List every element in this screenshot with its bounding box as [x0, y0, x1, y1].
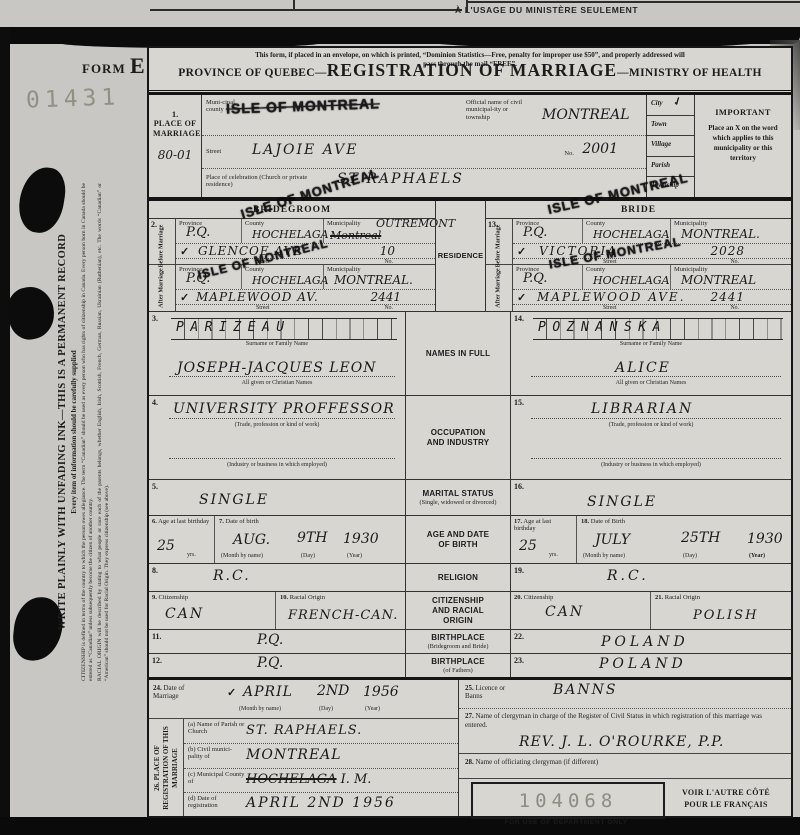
field-number: 23.	[514, 656, 524, 665]
scanned-marriage-registration: À L'USAGE DU MINISTÈRE SEULEMENT FORM E …	[0, 0, 800, 835]
industry-caption: (Industry or business in which employed)	[511, 462, 791, 469]
bride-occupation: 15. LIBRARIAN (Trade, profession or kind…	[511, 396, 791, 479]
field-number: 14.	[514, 314, 524, 323]
voir-note: VOIR L'AUTRE CÔTÉ POUR LE FRANÇAIS	[671, 787, 781, 811]
important-text: Place an X on the word which applies to …	[701, 123, 785, 164]
street-no-value: 2028	[710, 244, 745, 258]
place-of-marriage-label: PLACE OF MARRIAGE	[153, 119, 197, 140]
field-number: 25.	[465, 684, 474, 692]
birthplace-couple-section: 11. P.Q. BIRTHPLACE (Bridegroom and Brid…	[149, 630, 791, 654]
marital-center-cell: MARITAL STATUS (Single, widowed or divor…	[406, 480, 511, 515]
county-value: HOCHELAGA	[252, 274, 329, 287]
county-label: County	[586, 266, 605, 273]
religion-label: RELIGION	[438, 573, 478, 583]
field-number: 28.	[465, 758, 474, 766]
field-number: 21.	[655, 594, 663, 601]
birthplace-value: P.Q.	[257, 655, 283, 671]
after-marriage-label-cell: After Marriage	[149, 265, 176, 311]
municipal-county-row: (c) Municipal County of HOCHELAGA I. M.	[184, 769, 458, 793]
birthplace-sub: (Bridegroom and Bride)	[428, 643, 489, 650]
residence-center-cell: RESIDENCE	[435, 201, 486, 311]
religion-value: R.C.	[213, 568, 251, 584]
dob-day: 9TH	[297, 530, 327, 546]
province-value: P.Q.	[523, 271, 547, 286]
marriage-year: 1956	[363, 684, 399, 700]
bridegroom-names: 3. PARIZEAU Surname or Family Name JOSEP…	[149, 312, 406, 395]
bride-marital: 16. SINGLE	[511, 480, 791, 515]
designation-label: Town	[651, 120, 667, 128]
voir-line1: VOIR L'AUTRE CÔTÉ	[671, 787, 781, 799]
citizenship-label: Citizenship	[159, 594, 189, 601]
bride-father-birthplace: 23. POLAND	[511, 654, 791, 677]
age-cell: 6. Age at last birthday 25 yrs.	[149, 516, 215, 563]
industry-line	[169, 458, 395, 459]
street-no-value: 2441	[710, 290, 745, 304]
registration-bottom-section: 24. Date of Marriage ✓ APRIL 2ND 1956 (M…	[149, 680, 791, 816]
racial-origin-label: Racial Origin	[665, 594, 700, 601]
bride-birth: 17. Age at last birthday 25 yrs. 18. Dat…	[511, 516, 791, 563]
street-value: LAJOIE AVE	[252, 142, 358, 158]
after-marriage-label: After Marriage	[496, 268, 503, 307]
field-number: 16.	[514, 482, 524, 491]
trade-value: LIBRARIAN	[591, 401, 693, 417]
field-number: 8.	[152, 566, 158, 575]
month-caption: (Month by name)	[239, 706, 281, 713]
parish-label: Name of Parish or Church	[188, 721, 244, 735]
industry-line	[531, 458, 781, 459]
day-caption: (Day)	[319, 706, 333, 713]
province-value: P.Q.	[523, 225, 547, 240]
citizenship-center-cell: CITIZENSHIP AND RACIAL ORIGIN	[406, 592, 511, 629]
left-margin-notes: WRITE PLAINLY WITH UNFADING INK—THIS IS …	[56, 182, 148, 682]
marriage-date-and-registration: 24. Date of Marriage ✓ APRIL 2ND 1956 (M…	[149, 680, 459, 816]
dob-month: JULY	[595, 532, 630, 548]
racial-origin-value: FRENCH-CAN.	[288, 608, 398, 623]
county-label: County	[245, 220, 264, 227]
check-mark: ✓	[180, 245, 189, 258]
dob-cell: 18. Date of Birth JULY 25TH 1930 (Month …	[577, 516, 791, 563]
given-caption: All given or Christian Names	[511, 380, 791, 387]
citizenship-cell: 9. Citizenship CAN	[149, 592, 276, 629]
municipal-county-label: Municipal County of	[188, 771, 244, 785]
yrs-caption: yrs.	[549, 552, 558, 559]
official-name-label: Official name of civil municipal-ity or …	[466, 99, 528, 121]
bridegroom-marital: 5. SINGLE	[149, 480, 406, 515]
surname-value: PARIZEAU	[176, 320, 291, 335]
street-no-value: 2001	[582, 141, 618, 157]
citizenship-value: CAN	[545, 604, 584, 620]
citizenship-label: Citizenship	[524, 594, 554, 601]
parish-row: (a) Name of Parish or Church ST. RAPHAEL…	[184, 719, 458, 744]
occupation-section: 4. UNIVERSITY PROFFESSOR (Trade, profess…	[149, 396, 791, 480]
racial-origin-value: POLISH	[693, 608, 758, 623]
surname-caption: Surname or Family Name	[511, 341, 791, 348]
dob-label: Date of birth	[226, 518, 259, 525]
city-check-mark: ✓	[671, 94, 684, 109]
strip-line	[468, 1, 800, 3]
citizenship-cell: 20. Citizenship CAN	[511, 592, 651, 629]
check-mark: ✓	[180, 291, 189, 304]
title-prefix: PROVINCE OF QUEBEC—	[178, 67, 326, 79]
field-number: 24.	[153, 684, 162, 692]
given-name-value: ALICE	[615, 360, 671, 376]
place-of-registration-label: 26. PLACE OF REGISTRATION OF THIS MARRIA…	[153, 721, 179, 815]
citizenship-note: CITIZENSHIP is defined in terms of the c…	[81, 183, 95, 681]
no-caption: No.	[730, 305, 739, 311]
bridegroom-occupation: 4. UNIVERSITY PROFFESSOR (Trade, profess…	[149, 396, 406, 479]
designation-label: Parish	[651, 161, 670, 169]
strip-line	[293, 0, 295, 9]
mailing-instruction-line1: This form, if placed in an envelope, on …	[157, 51, 783, 60]
row-key: (b)	[188, 746, 196, 753]
surname-caption: Surname or Family Name	[149, 341, 405, 348]
field-number: 15.	[514, 398, 524, 407]
marriage-day: 2ND	[317, 683, 349, 699]
clergy-value: REV. J. L. O'ROURKE, P.P.	[519, 734, 724, 750]
month-caption: (Month by name)	[583, 553, 625, 560]
important-box: IMPORTANT Place an X on the word which a…	[695, 95, 791, 197]
birthplace-center-cell: BIRTHPLACE (Bridegroom and Bride)	[406, 630, 511, 653]
age-date-label: AGE AND DATE OF BIRTH	[426, 530, 490, 550]
row-key: (a)	[188, 721, 195, 728]
field-number: 4.	[152, 398, 158, 407]
street-value: MAPLEWOOD AV.	[196, 290, 319, 304]
street-no-value: 10	[380, 244, 395, 258]
celebration-label: Place of celebration (Church or private …	[206, 174, 318, 189]
bride-citizenship: 20. Citizenship CAN 21. Racial Origin PO…	[511, 592, 791, 629]
trade-line	[531, 418, 781, 419]
birthplace-label: BIRTHPLACE	[431, 633, 485, 643]
department-only-caption: FOR USE OF DEPARTMENT ONLY	[471, 819, 661, 826]
field-number: 7.	[219, 518, 224, 525]
before-marriage-label-cell: 2. Before Marriage	[149, 219, 176, 264]
designation-city: City ✓	[647, 95, 694, 116]
dob-label: Date of Birth	[591, 518, 625, 525]
designation-label: City	[651, 99, 663, 107]
bride-residence: BRIDE 13. Before Marriage Province P.Q.	[486, 201, 791, 311]
residence-label: RESIDENCE	[438, 251, 484, 260]
marital-status-sub: (Single, widowed or divorced)	[420, 499, 497, 506]
department-serial: 104068	[519, 790, 618, 812]
dob-year: 1930	[343, 531, 379, 547]
field-number: 9.	[152, 594, 157, 601]
place-code-handwriting: 80-01	[149, 148, 201, 162]
age-value: 25	[519, 538, 537, 554]
municipality-value: MONTREAL	[681, 273, 756, 287]
parish-value: ST. RAPHAELS.	[246, 723, 362, 743]
citizenship-section: 9. Citizenship CAN 10. Racial Origin FRE…	[149, 592, 791, 630]
day-caption: (Day)	[683, 553, 697, 560]
names-center-cell: NAMES IN FULL	[406, 312, 511, 395]
designation-town: Town	[647, 116, 694, 137]
birth-center-cell: AGE AND DATE OF BIRTH	[406, 516, 511, 563]
surname-letter-boxes: PARIZEAU	[171, 318, 397, 340]
check-mark: ✓	[517, 245, 526, 258]
given-name-line	[531, 376, 781, 377]
religion-value: R.C.	[607, 568, 649, 584]
birthplace-value: POLAND	[599, 656, 687, 672]
important-title: IMPORTANT	[695, 107, 791, 117]
racial-origin-note: RACIAL ORIGIN will be described by stati…	[97, 183, 111, 681]
given-name-value: JOSEPH-JACQUES LEON	[177, 360, 376, 376]
check-mark: ✓	[517, 291, 526, 304]
industry-caption: (Industry or business in which employed)	[149, 462, 405, 469]
rule	[149, 90, 791, 91]
names-section: 3. PARIZEAU Surname or Family Name JOSEP…	[149, 312, 791, 396]
reg-number: 26.	[153, 782, 161, 791]
birthplace-label: BIRTHPLACE	[431, 657, 485, 667]
form-word: FORM	[82, 61, 126, 76]
bridegroom-citizenship: 9. Citizenship CAN 10. Racial Origin FRE…	[149, 592, 406, 629]
trade-caption: (Trade, profession or kind of work)	[149, 422, 405, 429]
designation-village: Village	[647, 136, 694, 157]
designation-label: Village	[651, 140, 671, 148]
month-caption: (Month by name)	[221, 553, 263, 560]
birth-section: 6. Age at last birthday 25 yrs. 7. Date …	[149, 516, 791, 564]
write-plainly-note: WRITE PLAINLY WITH UNFADING INK—THIS IS …	[57, 183, 68, 681]
province-value: P.Q.	[186, 225, 210, 240]
racial-origin-label: Racial Origin	[290, 594, 325, 601]
racial-origin-cell: 21. Racial Origin POLISH	[651, 592, 791, 629]
before-marriage-label: Before Marriage	[496, 225, 503, 268]
street-label: Street	[206, 148, 221, 155]
bride-header: BRIDE	[486, 201, 791, 219]
film-band-bottom	[0, 817, 800, 835]
licence-and-clergy: 25. Licence or Banns BANNS 27. Name of c…	[459, 680, 791, 816]
field-number: 20.	[514, 594, 522, 601]
every-item-note: Every item of information should be care…	[70, 183, 78, 681]
field-number: 22.	[514, 632, 524, 641]
trade-caption: (Trade, profession or kind of work)	[511, 422, 791, 429]
day-caption: (Day)	[301, 553, 315, 560]
ministry-strip-text: À L'USAGE DU MINISTÈRE SEULEMENT	[455, 5, 638, 15]
citizenship-racial-label: CITIZENSHIP AND RACIAL ORIGIN	[423, 596, 493, 626]
field-number: 1.	[149, 109, 201, 119]
form-letter: E	[130, 53, 146, 78]
bridegroom-birth: 6. Age at last birthday 25 yrs. 7. Date …	[149, 516, 406, 563]
year-caption: (Year)	[365, 706, 380, 713]
dob-month: AUG.	[233, 532, 270, 548]
marital-value: SINGLE	[587, 494, 657, 510]
marital-status-label: MARITAL STATUS	[422, 489, 493, 499]
religion-section: 8. R.C. RELIGION 19. R.C.	[149, 564, 791, 592]
trade-line	[169, 418, 395, 419]
bridegroom-father-birthplace: 12. P.Q.	[149, 654, 406, 677]
names-in-full-label: NAMES IN FULL	[426, 349, 490, 359]
birthplace-value: POLAND	[601, 634, 689, 650]
field-number: 11.	[152, 632, 162, 641]
municipality-struck: Montreal	[330, 229, 381, 242]
street-caption: Street	[603, 305, 617, 311]
street-caption: Street	[256, 305, 270, 311]
bridegroom-religion: 8. R.C.	[149, 564, 406, 591]
civil-municipality-value: MONTREAL	[246, 747, 342, 768]
official-name-field: Official name of civil municipal-ity or …	[464, 95, 646, 135]
given-name-line	[169, 376, 395, 377]
registration-date-row: (d) Date of registration APRIL 2ND 1956	[184, 793, 458, 816]
birthplace-value: P.Q.	[257, 632, 283, 648]
serial-number-stamp: 01431	[26, 84, 121, 113]
year-caption: (Year)	[749, 553, 765, 560]
before-marriage-label: Before Marriage	[159, 225, 166, 268]
year-caption: (Year)	[347, 553, 362, 560]
dob-day: 25TH	[681, 530, 720, 546]
after-marriage-label-cell: After Marriage	[486, 265, 513, 311]
film-band-left	[0, 27, 10, 822]
surname-letter-boxes: POZNANSKA	[533, 318, 783, 340]
municipal-county-struck: HOCHELAGA	[246, 772, 337, 792]
field-number: 27.	[465, 712, 474, 720]
field-number: 17.	[514, 518, 522, 525]
row-key: (c)	[188, 771, 195, 778]
form-title: PROVINCE OF QUEBEC—REGISTRATION OF MARRI…	[149, 60, 791, 81]
civil-municipality-row: (b) Civil munici-pality of MONTREAL	[184, 744, 458, 769]
field-number: 12.	[152, 656, 162, 665]
check-mark: ✓	[227, 686, 236, 699]
registration-date-value: APRIL 2ND 1956	[246, 795, 396, 816]
dob-cell: 7. Date of birth AUG. 9TH 1930 (Month by…	[215, 516, 405, 563]
municipality-value: MONTREAL.	[681, 227, 760, 241]
street-no-label: No.	[564, 150, 574, 157]
county-value: HOCHELAGA	[593, 274, 670, 287]
place-of-marriage-label-cell: 1. PLACE OF MARRIAGE 80-01	[149, 95, 202, 197]
field-number: 19.	[514, 566, 524, 575]
clergy-label: Name of clergyman in charge of the Regis…	[465, 712, 762, 729]
department-serial-box: 104068	[471, 782, 665, 819]
age-value: 25	[157, 538, 175, 554]
voir-line2: POUR LE FRANÇAIS	[671, 799, 781, 811]
occupation-label: OCCUPATION AND INDUSTRY	[423, 428, 493, 448]
birthplace-sub: (of Fathers)	[443, 667, 473, 674]
field-number: 3.	[152, 314, 158, 323]
field-number: 18.	[581, 518, 589, 525]
registration-form: This form, if placed in an envelope, on …	[147, 46, 793, 818]
birthplace-fathers-center-cell: BIRTHPLACE (of Fathers)	[406, 654, 511, 677]
row-key: (d)	[188, 795, 196, 802]
bride-religion: 19. R.C.	[511, 564, 791, 591]
municipal-county-value: I. M.	[341, 772, 372, 792]
street-value: MAPLEWOOD AVE.	[537, 290, 686, 304]
marital-value: SINGLE	[199, 492, 269, 508]
age-label: Age at last birthday	[158, 518, 209, 525]
field-number: 5.	[152, 482, 158, 491]
religion-center-cell: RELIGION	[406, 564, 511, 591]
bride-names: 14. POZNANSKA Surname or Family Name ALI…	[511, 312, 791, 395]
before-marriage-label-cell: 13. Before Marriage	[486, 219, 513, 264]
field-number: 6.	[152, 518, 157, 525]
field-number: 2.	[151, 220, 157, 229]
surname-value: POZNANSKA	[538, 320, 667, 335]
bridegroom-birthplace: 11. P.Q.	[149, 630, 406, 653]
official-name-value: MONTREAL	[542, 107, 630, 123]
yrs-caption: yrs.	[187, 552, 196, 559]
form-code: FORM E	[82, 53, 146, 79]
no-caption: No.	[384, 305, 393, 311]
marital-section: 5. SINGLE MARITAL STATUS (Single, widowe…	[149, 480, 791, 516]
marriage-month: APRIL	[243, 684, 293, 700]
citizenship-value: CAN	[165, 606, 204, 622]
bride-birthplace: 22. POLAND	[511, 630, 791, 653]
ink-blot	[3, 283, 59, 343]
municipality-value: MONTREAL.	[334, 273, 413, 287]
racial-origin-cell: 10. Racial Origin FRENCH-CAN.	[276, 592, 405, 629]
street-no-value: 2441	[370, 290, 401, 304]
form-header: This form, if placed in an envelope, on …	[149, 48, 791, 90]
given-caption: All given or Christian Names	[149, 380, 405, 387]
trade-value: UNIVERSITY PROFFESSOR	[173, 401, 395, 417]
officiating-label: Name of officiating clergyman (if differ…	[476, 758, 599, 766]
county-label: County	[586, 220, 605, 227]
licence-value: BANNS	[553, 682, 618, 698]
strip-line	[150, 9, 462, 11]
birthplace-fathers-section: 12. P.Q. BIRTHPLACE (of Fathers) 23. POL…	[149, 654, 791, 677]
municipality-label: Municipality	[327, 220, 361, 227]
field-number: 10.	[280, 594, 288, 601]
reg-label: PLACE OF REGISTRATION OF THIS MARRIAGE	[153, 726, 179, 810]
age-cell: 17. Age at last birthday 25 yrs.	[511, 516, 577, 563]
title-suffix: —MINISTRY OF HEALTH	[617, 67, 762, 79]
title-main: REGISTRATION OF MARRIAGE	[327, 60, 617, 80]
dob-year: 1930	[747, 531, 783, 547]
occupation-center-cell: OCCUPATION AND INDUSTRY	[406, 396, 511, 479]
after-marriage-label: After Marriage	[159, 268, 166, 307]
